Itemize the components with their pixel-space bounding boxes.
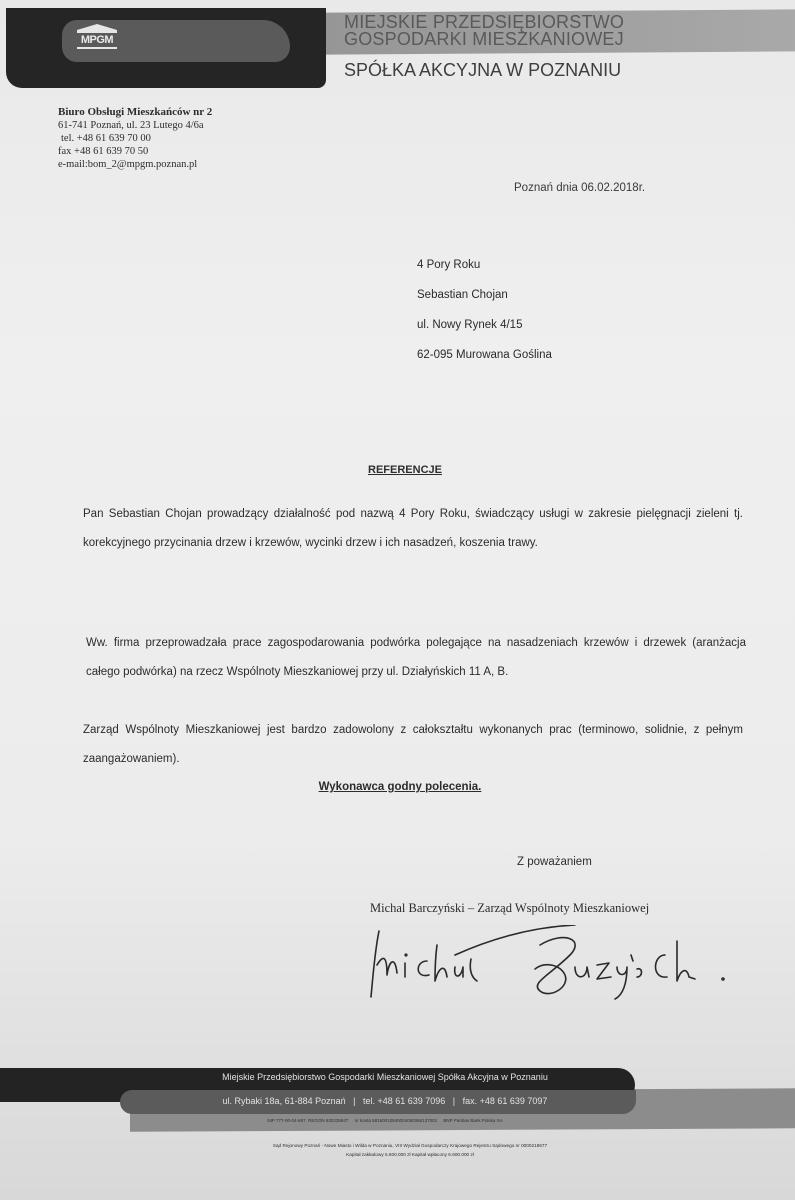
logo-base bbox=[77, 47, 117, 49]
office-email: e-mail:bom_2@mpgm.poznan.pl bbox=[58, 158, 212, 171]
office-address: 61-741 Poznań, ul. 23 Lutego 4/6a bbox=[58, 119, 212, 132]
office-info: Biuro Obsługi Mieszkańców nr 2 61-741 Po… bbox=[58, 106, 212, 171]
handwritten-signature-icon bbox=[365, 925, 765, 1005]
office-phone: tel. +48 61 639 70 00 bbox=[58, 132, 212, 145]
footer-court-info: Sąd Rejonowy Poznań - Nowe Miasto i Wild… bbox=[110, 1141, 710, 1159]
body-paragraph: Pan Sebastian Chojan prowadzący działaln… bbox=[83, 500, 743, 558]
body-paragraph: Zarząd Wspólnoty Mieszkaniowej jest bard… bbox=[83, 716, 743, 774]
recipient-address: 4 Pory Roku Sebastian Chojan ul. Nowy Ry… bbox=[417, 259, 552, 379]
recipient-line: 4 Pory Roku bbox=[417, 259, 552, 289]
recipient-line: Sebastian Chojan bbox=[417, 289, 552, 319]
recipient-line: ul. Nowy Rynek 4/15 bbox=[417, 319, 552, 349]
letter-title: REFERENCJE bbox=[0, 464, 795, 476]
footer-court: Sąd Rejonowy Poznań - Nowe Miasto i Wild… bbox=[110, 1141, 710, 1150]
company-name-line2: GOSPODARKI MIESZKANIOWEJ bbox=[344, 31, 624, 48]
recipient-line: 62-095 Murowana Goślina bbox=[417, 349, 552, 379]
letter-date: Poznań dnia 06.02.2018r. bbox=[514, 182, 645, 194]
footer-capital: Kapitał zakładowy 6.600.000 zł Kapitał w… bbox=[110, 1150, 710, 1159]
company-subtitle: SPÓŁKA AKCYJNA W POZNANIU bbox=[344, 60, 621, 81]
footer-registry: NIP 777-00-04-687 REGON 630235847 nr kon… bbox=[175, 1118, 595, 1123]
body-paragraph: Ww. firma przeprowadzała prace zagospoda… bbox=[86, 629, 746, 687]
company-name: MIEJSKIE PRZEDSIĘBIORSTWO GOSPODARKI MIE… bbox=[344, 14, 624, 48]
closing-phrase: Z poważaniem bbox=[517, 856, 592, 868]
signer-name: Michal Barczyński – Zarząd Wspólnoty Mie… bbox=[370, 901, 649, 916]
footer-contact: ul. Rybaki 18a, 61-884 Poznań | tel. +48… bbox=[140, 1096, 630, 1106]
office-fax: fax +48 61 639 70 50 bbox=[58, 145, 212, 158]
recommendation: Wykonawca godny polecenia. bbox=[0, 781, 795, 793]
footer-company: Miejskie Przedsiębiorstwo Gospodarki Mie… bbox=[140, 1072, 630, 1082]
logo-text: MPGM bbox=[74, 33, 120, 47]
office-title: Biuro Obsługi Mieszkańców nr 2 bbox=[58, 106, 212, 119]
mpgm-logo: MPGM bbox=[74, 24, 120, 56]
